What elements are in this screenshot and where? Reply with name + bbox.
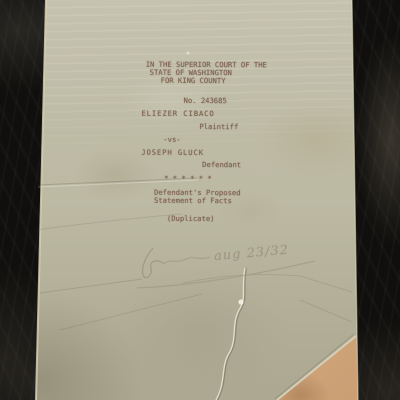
defendant-label: Defendant: [202, 161, 241, 168]
plaintiff-name: ELIEZER CIBACO: [141, 110, 214, 118]
duplicate-note: (Duplicate): [167, 215, 215, 222]
typewritten-text-block: IN THE SUPERIOR COURT OF THE STATE OF WA…: [0, 0, 400, 400]
defendant-name: JOSEPH GLUCK: [141, 149, 204, 157]
case-number: No. 243685: [184, 97, 227, 104]
versus-separator: -vs-: [163, 136, 180, 143]
velvet-backdrop: IN THE SUPERIOR COURT OF THE STATE OF WA…: [0, 0, 400, 400]
asterisk-separator: * * * * * *: [164, 175, 212, 182]
filing-title-line-2: Statement of Facts: [154, 197, 232, 205]
court-name-line-3: FOR KING COUNTY: [161, 77, 226, 85]
plaintiff-label: Plaintiff: [199, 123, 238, 130]
